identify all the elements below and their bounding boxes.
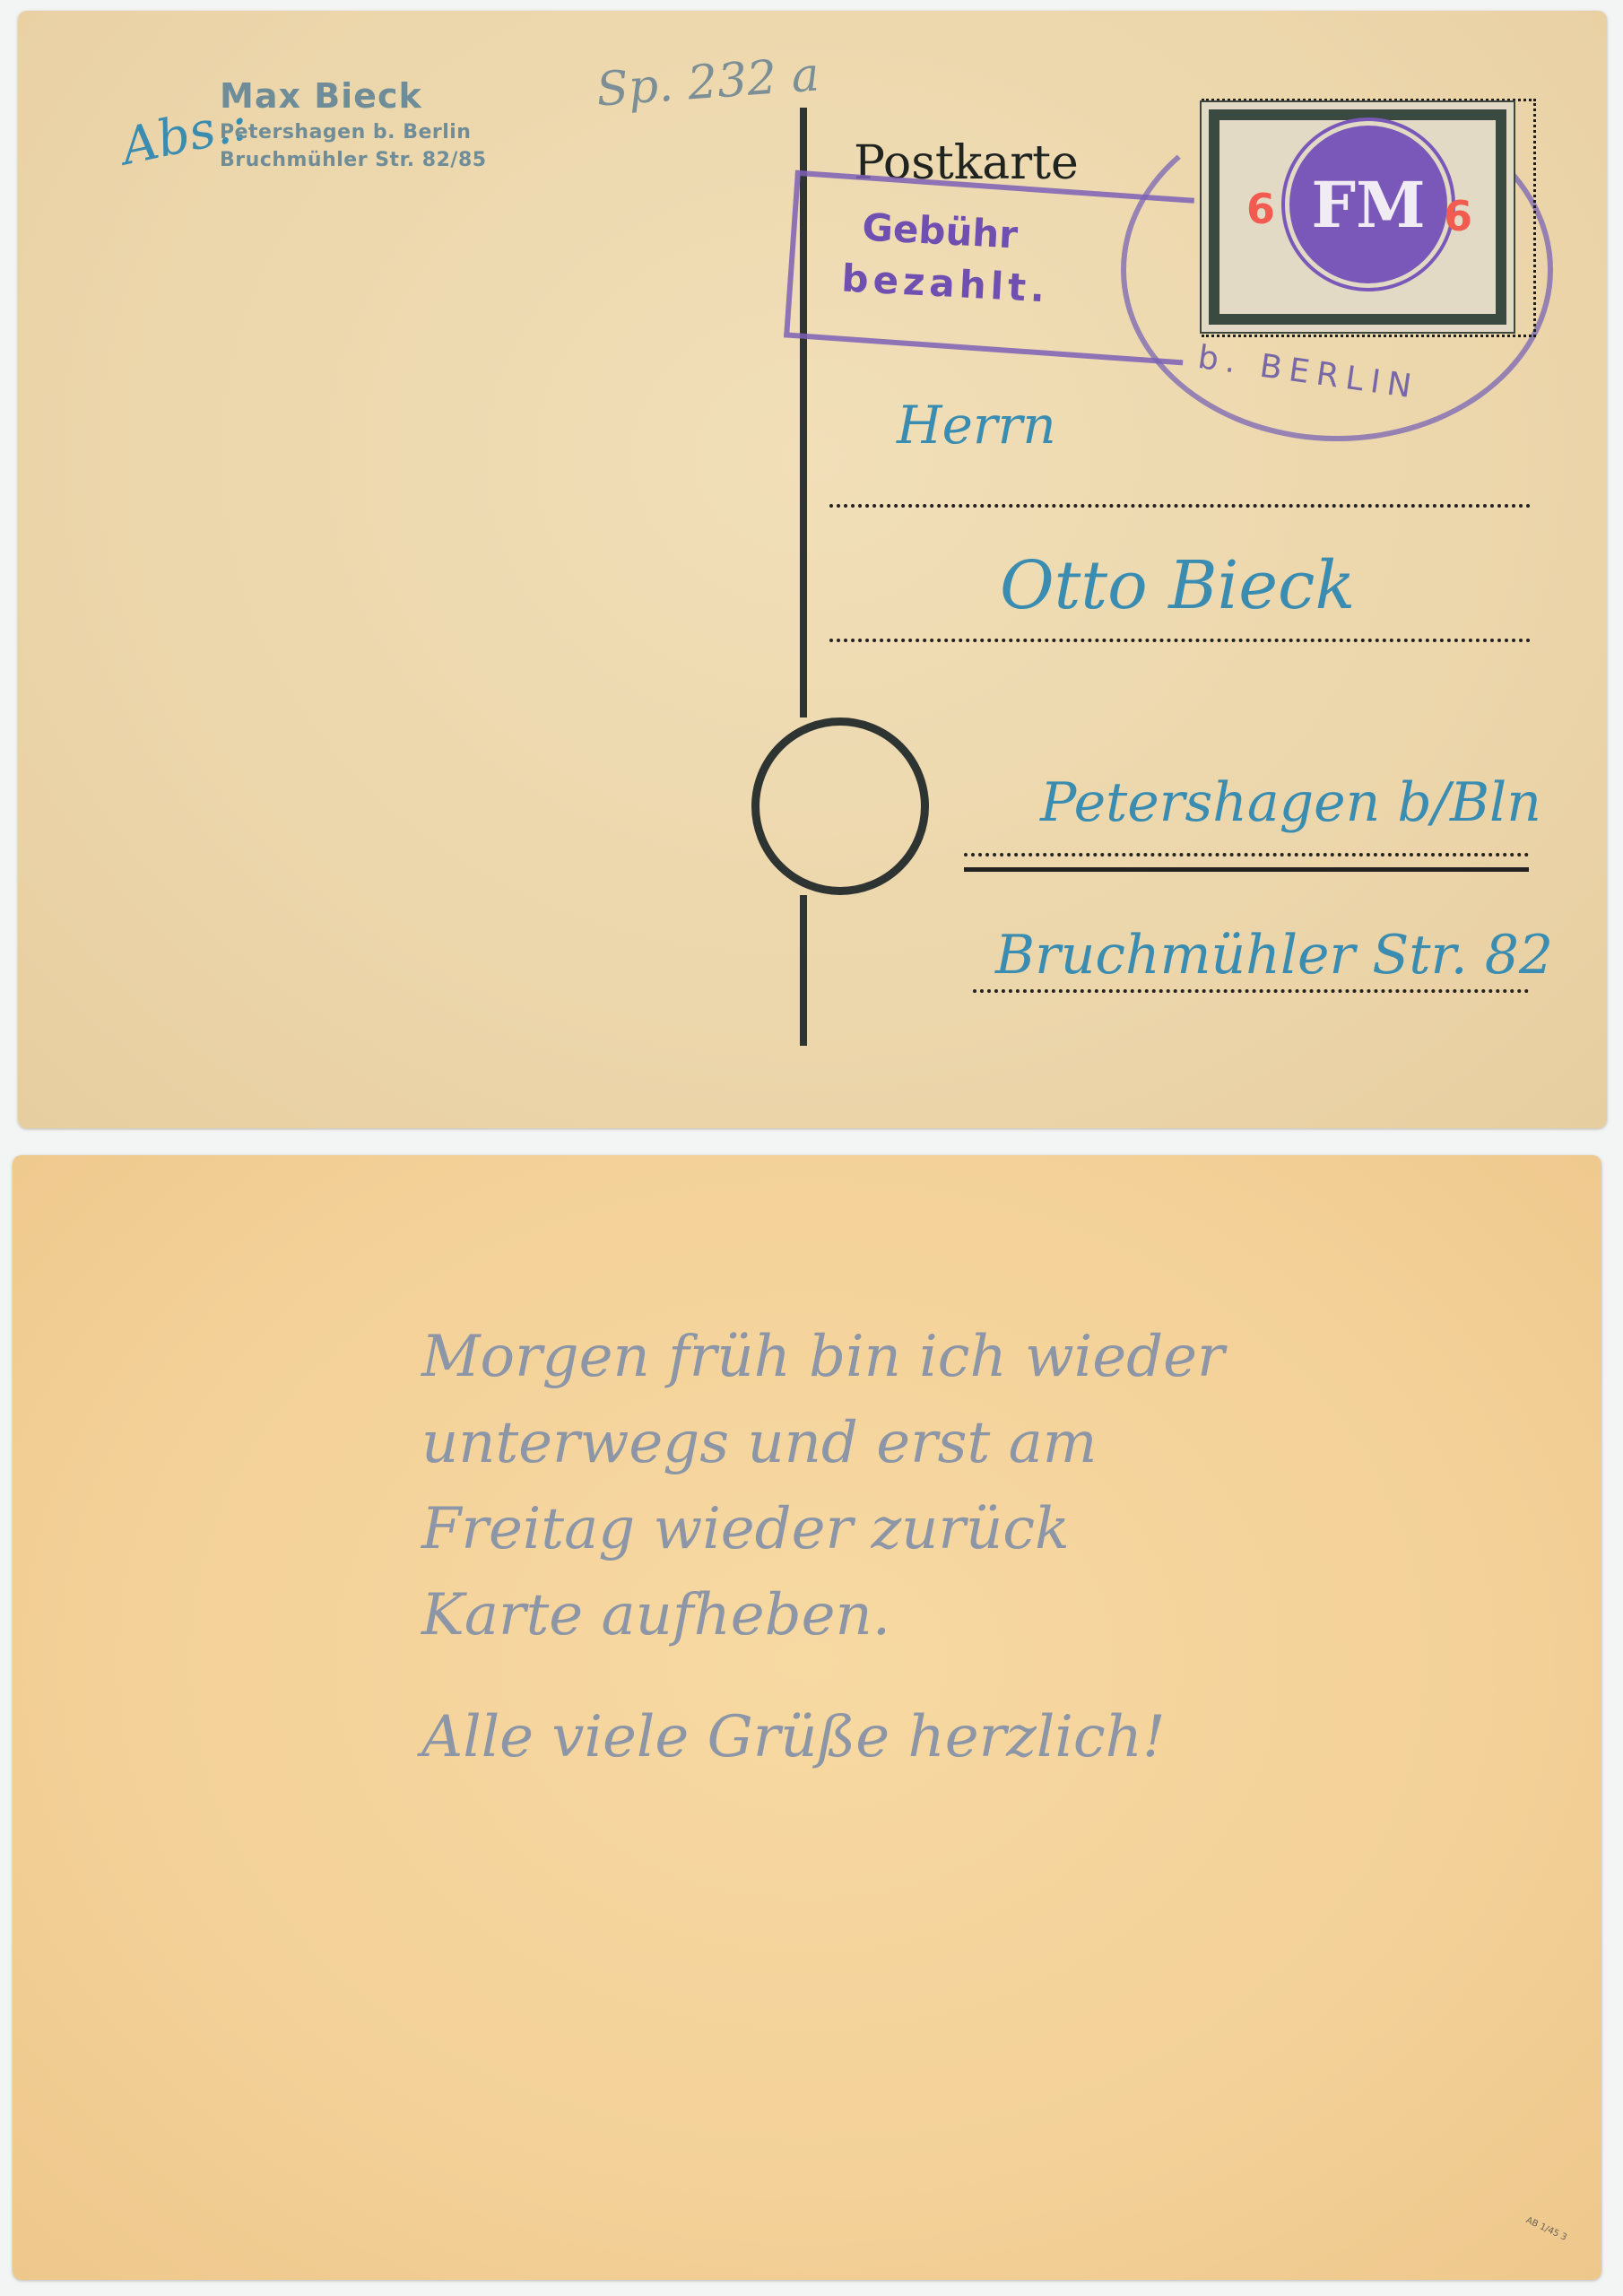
handwritten-message: Morgen früh bin ich wieder unterwegs und… <box>421 1314 1225 1780</box>
stamp-value-right: 6 <box>1444 192 1472 240</box>
message-line: Alle viele Grüße herzlich! <box>421 1694 1225 1780</box>
divider-ring <box>751 717 929 895</box>
stamp-value-left: 6 <box>1246 185 1275 233</box>
message-line: Morgen früh bin ich wieder <box>421 1314 1225 1400</box>
address-line-3 <box>964 853 1529 857</box>
message-line: Freitag wieder zurück <box>421 1486 1225 1572</box>
stamp-emblem: FM <box>1289 126 1447 283</box>
sender-town: Petershagen b. Berlin <box>220 121 487 143</box>
fee-line-2: bezahlt. <box>840 252 1050 315</box>
address-line-4 <box>973 989 1529 993</box>
sender-stamp: Max Bieck Petershagen b. Berlin Bruchmüh… <box>220 76 487 171</box>
address-underline <box>964 867 1529 872</box>
sender-name: Max Bieck <box>220 76 487 116</box>
recipient-salutation: Herrn <box>897 395 1056 456</box>
postage-stamp: 6 FM 6 <box>1200 100 1515 334</box>
message-line: Karte aufheben. <box>421 1572 1225 1658</box>
address-line-1 <box>829 504 1531 508</box>
stamp-letters: FM <box>1311 168 1425 242</box>
message-line: unterwegs und erst am <box>421 1400 1225 1486</box>
fee-paid-stamp: Gebühr bezahlt. <box>858 202 1053 316</box>
recipient-name: Otto Bieck <box>1000 547 1355 624</box>
recipient-street: Bruchmühler Str. 82 <box>995 924 1553 987</box>
address-line-2 <box>829 639 1531 642</box>
sender-street: Bruchmühler Str. 82/85 <box>220 149 487 171</box>
recipient-town: Petershagen b/Bln <box>1040 771 1541 834</box>
divider-line-lower <box>800 895 807 1046</box>
